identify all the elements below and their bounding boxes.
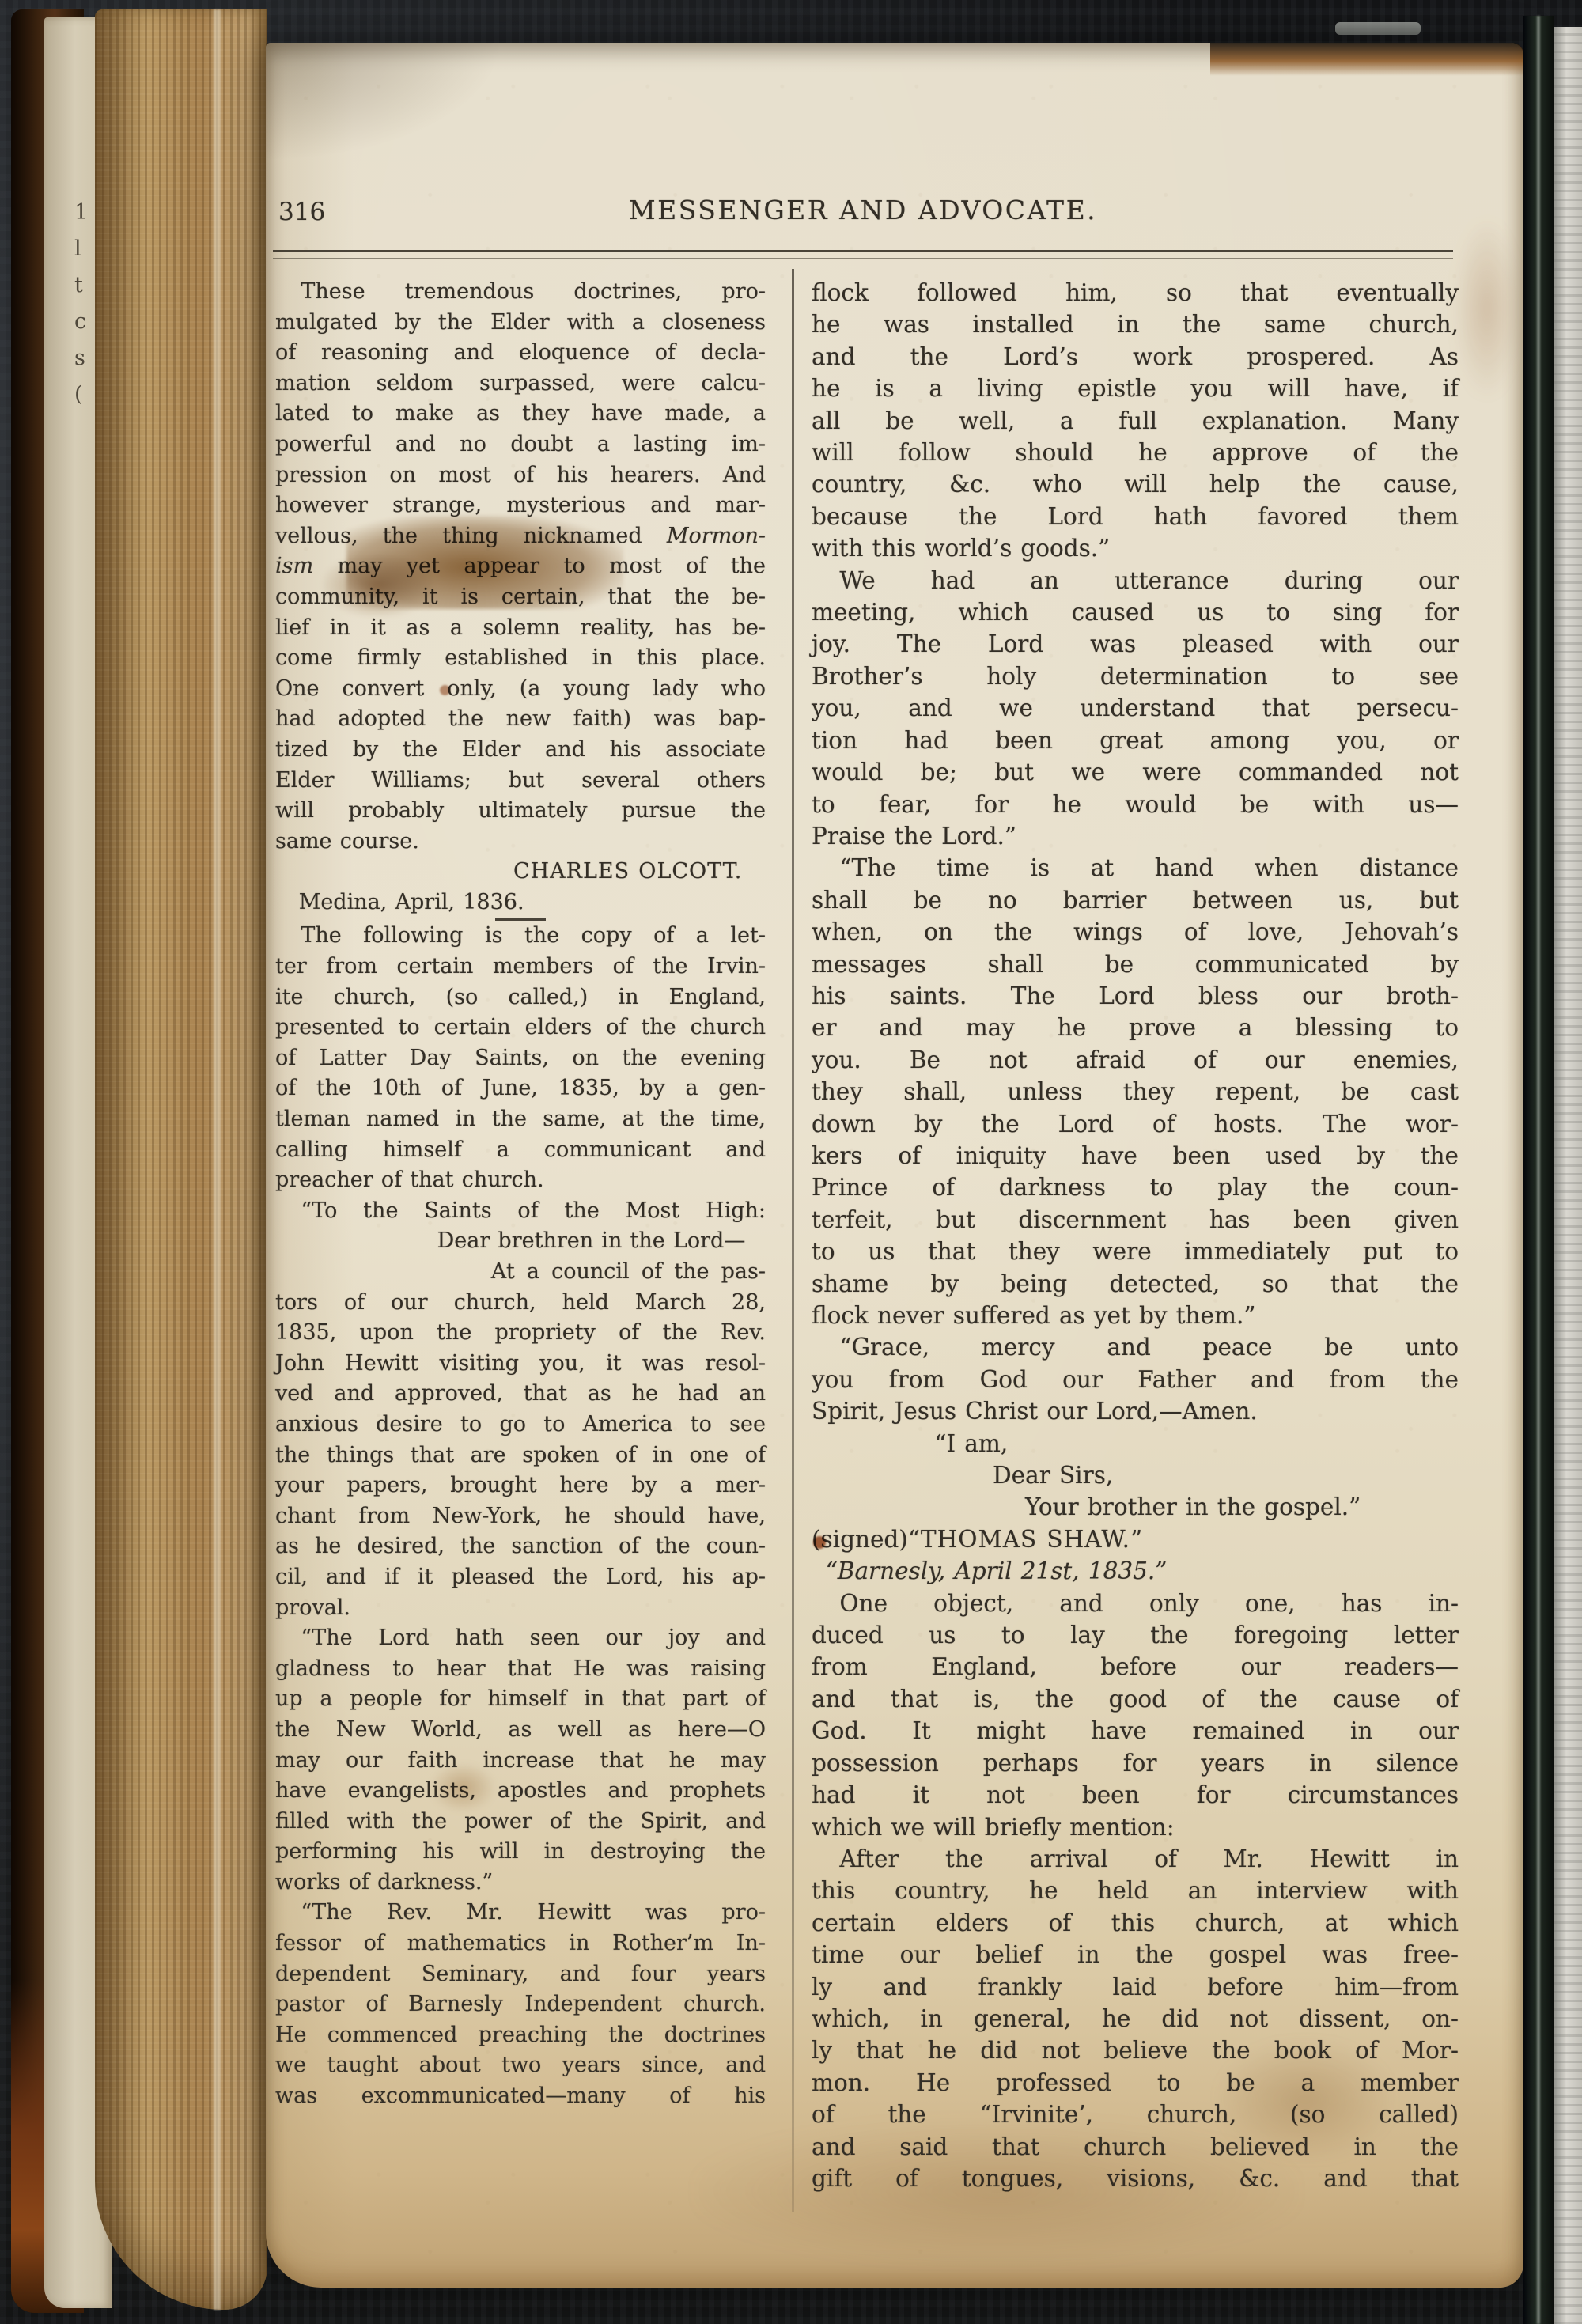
text-line: “The Lord hath seen our joy and — [275, 1623, 766, 1654]
text-line: which, in general, he did not dissent, o… — [812, 2003, 1459, 2034]
text-line: vellous, the thing nicknamed Mormon- — [275, 521, 766, 552]
text-line: preacher of that church. — [275, 1165, 766, 1196]
text-line: ism may yet appear to most of the — [275, 551, 766, 582]
text-line: Praise the Lord.” — [812, 820, 1459, 852]
text-line: “Barnesly, April 21st, 1835.” — [812, 1555, 1459, 1587]
text-line: his saints. The Lord bless our broth- — [812, 980, 1459, 1012]
text-line: may our faith increase that he may — [275, 1746, 766, 1777]
text-line: had adopted the new faith) was bap- — [275, 704, 766, 735]
text-line: calling himself a communicant and — [275, 1135, 766, 1166]
text-line: of the 10th of June, 1835, by a gen- — [275, 1073, 766, 1104]
text-line: country, &c. who will help the cause, — [812, 468, 1459, 500]
text-line: John Hewitt visiting you, it was resol- — [275, 1349, 766, 1380]
page-edge-stack — [95, 9, 267, 2310]
text-run: vellous, the thing nicknamed — [275, 524, 667, 548]
text-line: this country, he held an interview with — [812, 1875, 1459, 1906]
text-line: all be well, a full explanation. Many — [812, 405, 1459, 437]
text-line: because the Lord hath favored them — [812, 501, 1459, 532]
book-scan-scene: 1ltcs( 316 MESSENGER AND ADVOCATE. These… — [0, 0, 1582, 2324]
text-line: “The time is at hand when distance — [812, 852, 1459, 884]
top-page-edge — [1210, 43, 1523, 76]
text-line: the New World, as well as here—O — [275, 1715, 766, 1746]
text-line: with this world’s goods.” — [812, 532, 1459, 564]
text-line: mon. He professed to be a member — [812, 2067, 1459, 2099]
text-line: which we will briefly mention: — [812, 1811, 1459, 1843]
text-line: ite church, (so called,) in England, — [275, 982, 766, 1013]
text-line: Your brother in the gospel.” — [812, 1491, 1459, 1523]
text-line: will follow should he approve of the — [812, 437, 1459, 468]
text-line: Medina, April, 1836. — [275, 888, 766, 918]
text-line: At a council of the pas- — [275, 1257, 766, 1288]
text-line: and the Lord’s work prospered. As — [812, 341, 1459, 373]
text-line: We had an utterance during our — [812, 565, 1459, 596]
text-line: of the “Irvinite’, church, (so called) — [812, 2099, 1459, 2130]
text-line: shall be no barrier between us, but — [812, 884, 1459, 916]
text-line: “The Rev. Mr. Hewitt was pro- — [275, 1898, 766, 1928]
text-line: messages shall be communicated by — [812, 948, 1459, 980]
text-line: dependent Seminary, and four years — [275, 1959, 766, 1990]
italic-text-run: Mormon- — [667, 524, 766, 548]
text-line: terfeit, but discernment has been given — [812, 1204, 1459, 1236]
text-line: Elder Williams; but several others — [275, 766, 766, 797]
text-line: filled with the power of the Spirit, and — [275, 1807, 766, 1838]
text-line: Spirit, Jesus Christ our Lord,—Amen. — [812, 1395, 1459, 1427]
text-line: kers of iniquity have been used by the — [812, 1140, 1459, 1171]
right-column: flock followed him, so that eventuallyhe… — [812, 277, 1459, 2194]
text-line: was excommunicated—many of his — [275, 2081, 766, 2112]
text-line: 1835, upon the propriety of the Rev. — [275, 1318, 766, 1349]
text-line: CHARLES OLCOTT. — [275, 857, 766, 888]
text-line: up a people for himself in that part of — [275, 1684, 766, 1715]
text-line: as he desired, the sanction of the coun- — [275, 1531, 766, 1562]
text-line: mulgated by the Elder with a closeness — [275, 308, 766, 339]
text-line: gladness to hear that He was raising — [275, 1654, 766, 1685]
text-line: tion had been great among you, or — [812, 725, 1459, 756]
text-line: of Latter Day Saints, on the evening — [275, 1043, 766, 1074]
text-line: have evangelists, apostles and prophets — [275, 1776, 766, 1807]
text-line: shame by being detected, so that the — [812, 1268, 1459, 1300]
text-line: from England, before our readers— — [812, 1651, 1459, 1682]
text-line: duced us to lay the foregoing letter — [812, 1619, 1459, 1651]
text-line: presented to certain elders of the churc… — [275, 1012, 766, 1043]
text-line: performing his will in destroying the — [275, 1837, 766, 1868]
text-line: pastor of Barnesly Independent church. — [275, 1989, 766, 2020]
header-double-rule — [273, 250, 1453, 259]
text-line: Dear Sirs, — [812, 1459, 1459, 1491]
signature-line: (signed)“THOMAS SHAW.” — [812, 1523, 1459, 1555]
text-line: “Grace, mercy and peace be unto — [812, 1331, 1459, 1363]
text-line: works of darkness.” — [275, 1868, 766, 1898]
text-line: when, on the wings of love, Jehovah’s — [812, 916, 1459, 948]
text-line: you from God our Father and from the — [812, 1364, 1459, 1395]
text-line: He commenced preaching the doctrines — [275, 2020, 766, 2051]
text-line: Brother’s holy determination to see — [812, 660, 1459, 692]
text-line: “I am, — [812, 1428, 1459, 1459]
text-line: After the arrival of Mr. Hewitt in — [812, 1843, 1459, 1875]
text-line: the things that are spoken of in one of — [275, 1440, 766, 1471]
text-line: anxious desire to go to America to see — [275, 1410, 766, 1440]
text-line: of reasoning and eloquence of decla- — [275, 338, 766, 369]
text-line: down by the Lord of hosts. The wor- — [812, 1108, 1459, 1140]
text-line: lated to make as they have made, a — [275, 399, 766, 430]
text-line: had it not been for circumstances — [812, 1779, 1459, 1811]
text-line: mation seldom surpassed, were calcu- — [275, 369, 766, 399]
text-line: he is a living epistle you will have, if — [812, 373, 1459, 404]
column-divider-rule — [792, 269, 794, 2212]
text-line: you. Be not afraid of our enemies, — [812, 1044, 1459, 1076]
text-line: Dear brethren in the Lord— — [275, 1226, 766, 1257]
left-column: These tremendous doctrines, pro-mulgated… — [275, 277, 766, 2112]
text-line: and that is, the good of the cause of — [812, 1683, 1459, 1715]
text-line: er and may he prove a blessing to — [812, 1012, 1459, 1043]
signed-label: (signed) — [812, 1523, 908, 1555]
text-line: joy. The Lord was pleased with our — [812, 628, 1459, 660]
text-line: meeting, which caused us to sing for — [812, 596, 1459, 628]
text-line: time our belief in the gospel was free- — [812, 1939, 1459, 1970]
text-line: Prince of darkness to play the coun- — [812, 1171, 1459, 1203]
book-cover-edge — [1523, 16, 1554, 2324]
adjacent-pages-edge — [1554, 27, 1582, 2324]
text-line: ter from certain members of the Irvin- — [275, 952, 766, 982]
text-line: we taught about two years since, and — [275, 2050, 766, 2081]
text-line: powerful and no doubt a lasting im- — [275, 430, 766, 460]
text-line: flock never suffered as yet by them.” — [812, 1300, 1459, 1331]
text-line: to us that they were immediately put to — [812, 1236, 1459, 1267]
text-line: One convert only, (a young lady who — [275, 674, 766, 705]
text-line: to fear, for he would be with us— — [812, 789, 1459, 820]
text-line: lief in it as a solemn reality, has be- — [275, 613, 766, 644]
text-line: and said that church believed in the — [812, 2131, 1459, 2163]
text-line: One object, and only one, has in- — [812, 1588, 1459, 1619]
text-line: ly that he did not believe the book of M… — [812, 2034, 1459, 2066]
text-line: come firmly established in this place. — [275, 643, 766, 674]
text-line: flock followed him, so that eventually — [812, 277, 1459, 308]
text-line: ved and approved, that as he had an — [275, 1379, 766, 1410]
text-line: you, and we understand that persecu- — [812, 692, 1459, 724]
text-line: tized by the Elder and his associate — [275, 735, 766, 766]
text-line: your papers, brought here by a mer- — [275, 1470, 766, 1501]
text-line: same course. — [275, 827, 766, 857]
italic-text-run: ism — [275, 554, 313, 578]
text-run: may yet appear to most of the — [313, 554, 766, 578]
text-line: proval. — [275, 1593, 766, 1624]
masthead-title: MESSENGER AND ADVOCATE. — [273, 195, 1453, 225]
text-line: certain elders of this church, at which — [812, 1907, 1459, 1939]
text-line: would be; but we were commanded not — [812, 756, 1459, 788]
text-line: will probably ultimately pursue the — [275, 796, 766, 827]
text-line: These tremendous doctrines, pro- — [275, 277, 766, 308]
text-line: community, it is certain, that the be- — [275, 582, 766, 613]
text-line: tleman named in the same, at the time, — [275, 1104, 766, 1135]
gutter-shadow — [266, 43, 503, 161]
text-line: pression on most of his hearers. And — [275, 460, 766, 491]
text-line: chant from New-York, he should have, — [275, 1501, 766, 1532]
signature-name: “THOMAS SHAW.” — [908, 1523, 1459, 1555]
clamp-sliver — [1335, 22, 1421, 35]
text-line: possession perhaps for years in silence — [812, 1747, 1459, 1779]
text-line: tors of our church, held March 28, — [275, 1288, 766, 1319]
text-line: gift of tongues, visions, &c. and that — [812, 2163, 1459, 2194]
text-line: ly and frankly laid before him—from — [812, 1971, 1459, 2003]
text-line: cil, and if it pleased the Lord, his ap- — [275, 1562, 766, 1593]
text-line: he was installed in the same church, — [812, 308, 1459, 340]
text-line: The following is the copy of a let- — [275, 921, 766, 952]
text-line: they shall, unless they repent, be cast — [812, 1076, 1459, 1107]
text-line: fessor of mathematics in Rother’m In- — [275, 1928, 766, 1959]
text-line: God. It might have remained in our — [812, 1715, 1459, 1747]
text-line: however strange, mysterious and mar- — [275, 490, 766, 521]
text-line: “To the Saints of the Most High: — [275, 1196, 766, 1227]
